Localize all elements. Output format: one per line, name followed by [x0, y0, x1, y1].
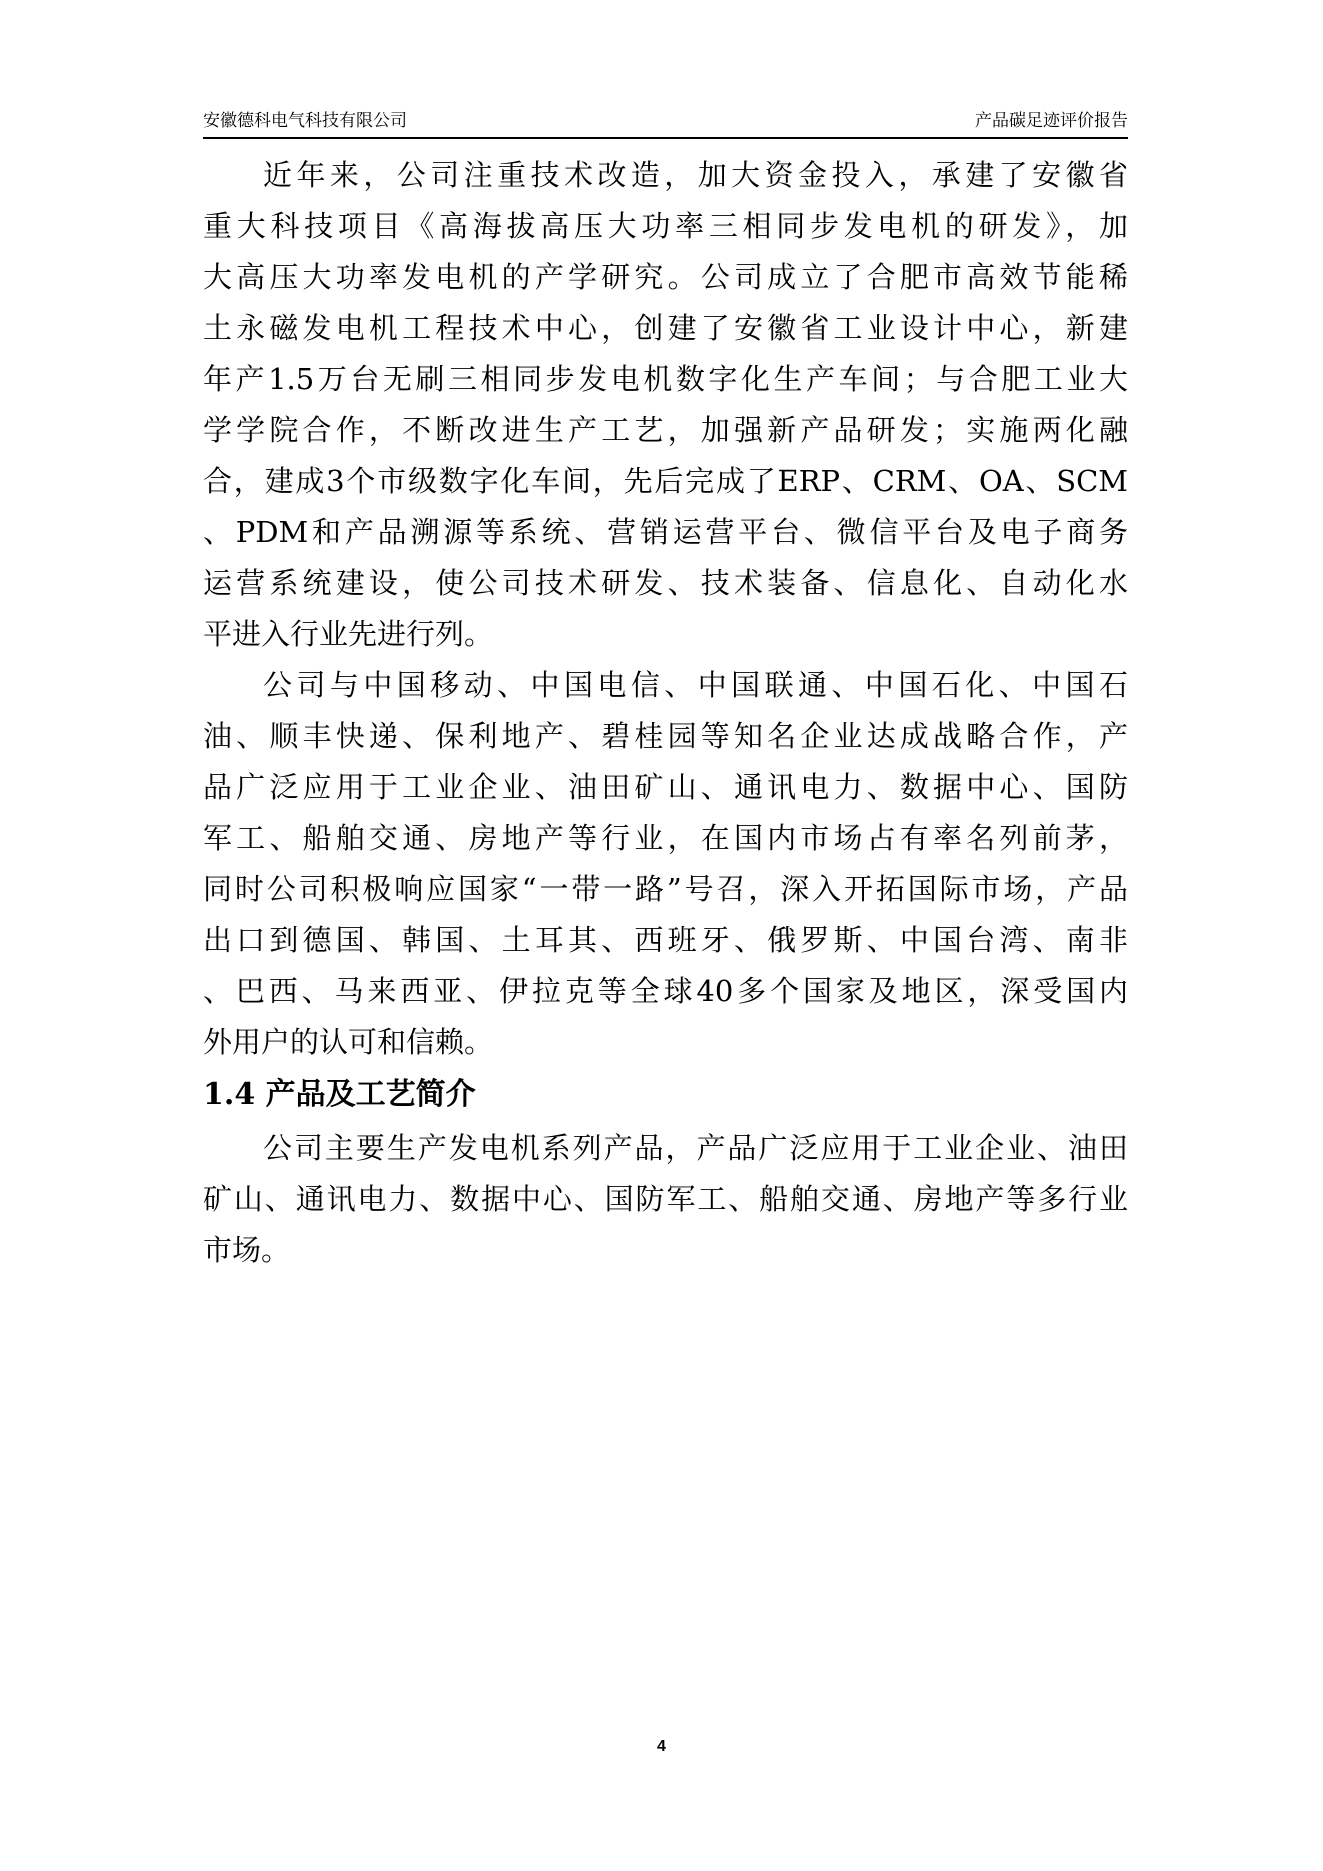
- paragraph-line: 土永磁发电机工程技术中心，创建了安徽省工业设计中心，新建: [203, 308, 1128, 348]
- paragraph-line: 大高压大功率发电机的产学研究。公司成立了合肥市高效节能稀: [203, 257, 1128, 297]
- paragraph-line: 公司主要生产发电机系列产品，产品广泛应用于工业企业、油田: [203, 1128, 1128, 1168]
- paragraph-line: 市场。: [203, 1230, 1128, 1270]
- paragraph-line: 合，建成3个市级数字化车间，先后完成了ERP、CRM、OA、SCM: [203, 461, 1128, 501]
- paragraph-line: 、PDM和产品溯源等系统、营销运营平台、微信平台及电子商务: [203, 512, 1128, 552]
- paragraph-line: 运营系统建设，使公司技术研发、技术装备、信息化、自动化水: [203, 563, 1128, 603]
- paragraph-line: 学学院合作，不断改进生产工艺，加强新产品研发；实施两化融: [203, 410, 1128, 450]
- paragraph-line: 品广泛应用于工业企业、油田矿山、通讯电力、数据中心、国防: [203, 767, 1128, 807]
- paragraph-line: 军工、船舶交通、房地产等行业，在国内市场占有率名列前茅，: [203, 818, 1128, 858]
- header-report-title: 产品碳足迹评价报告: [975, 110, 1128, 132]
- paragraph-line: 年产1.5万台无刷三相同步发电机数字化生产车间；与合肥工业大: [203, 359, 1128, 399]
- page-number: 4: [0, 1738, 1323, 1756]
- header-company-name: 安徽德科电气科技有限公司: [203, 110, 407, 132]
- paragraph-line: 平进入行业先进行列。: [203, 614, 1128, 654]
- paragraph-line: 同时公司积极响应国家“一带一路”号召，深入开拓国际市场，产品: [203, 869, 1128, 909]
- section-heading: 1.4 产品及工艺简介: [203, 1075, 476, 1115]
- paragraph-line: 、巴西、马来西亚、伊拉克等全球40多个国家及地区，深受国内: [203, 971, 1128, 1011]
- paragraph-line: 矿山、通讯电力、数据中心、国防军工、船舶交通、房地产等多行业: [203, 1179, 1128, 1219]
- paragraph-line: 外用户的认可和信赖。: [203, 1022, 1128, 1062]
- paragraph-line: 出口到德国、韩国、土耳其、西班牙、俄罗斯、中国台湾、南非: [203, 920, 1128, 960]
- paragraph-line: 近年来，公司注重技术改造，加大资金投入，承建了安徽省: [203, 155, 1128, 195]
- paragraph-line: 油、顺丰快递、保利地产、碧桂园等知名企业达成战略合作，产: [203, 716, 1128, 756]
- header-bar: 安徽德科电气科技有限公司 产品碳足迹评价报告: [203, 108, 1128, 138]
- paragraph-line: 公司与中国移动、中国电信、中国联通、中国石化、中国石: [203, 665, 1128, 705]
- paragraph-line: 重大科技项目《高海拔高压大功率三相同步发电机的研发》，加: [203, 206, 1128, 246]
- header-divider: [203, 137, 1128, 139]
